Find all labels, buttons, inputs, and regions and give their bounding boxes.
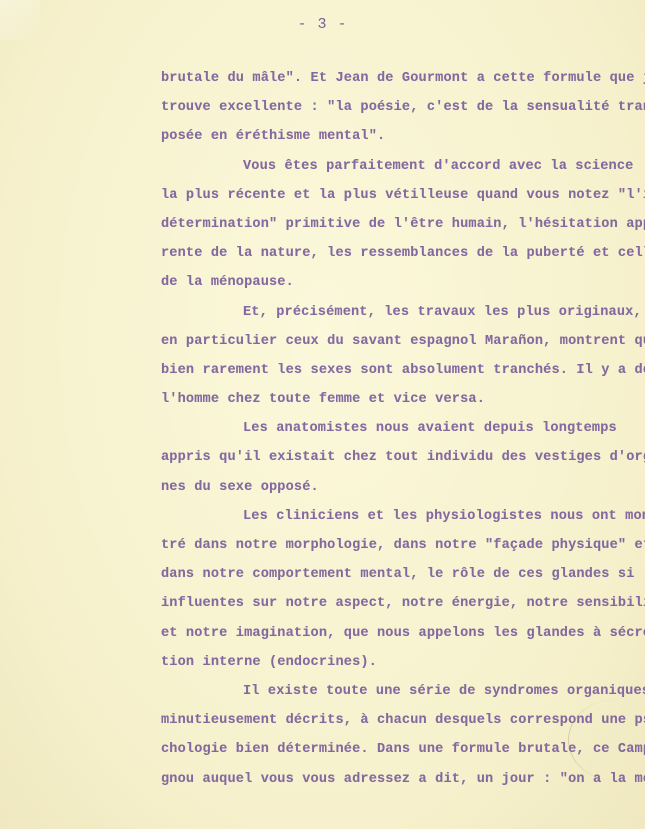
- text-line: appris qu'il existait chez tout individu…: [161, 443, 641, 472]
- text-line: brutale du mâle". Et Jean de Gourmont a …: [161, 64, 641, 93]
- paragraph-start-line: Les cliniciens et les physiologistes nou…: [161, 502, 641, 531]
- paragraph-start-line: Vous êtes parfaitement d'accord avec la …: [161, 152, 641, 181]
- text-line: et notre imagination, que nous appelons …: [161, 619, 641, 648]
- page-number: - 3 -: [0, 16, 645, 33]
- text-line: rente de la nature, les ressemblances de…: [161, 239, 641, 268]
- paragraph-start-line: Il existe toute une série de syndromes o…: [161, 677, 641, 706]
- text-line: tion interne (endocrines).: [161, 648, 641, 677]
- text-line: dans notre comportement mental, le rôle …: [161, 560, 641, 589]
- text-line: de la ménopause.: [161, 268, 641, 297]
- paragraph-start-line: Et, précisément, les travaux les plus or…: [161, 298, 641, 327]
- text-line: la plus récente et la plus vétilleuse qu…: [161, 181, 641, 210]
- text-line: gnou auquel vous vous adressez a dit, un…: [161, 765, 641, 794]
- text-line: en particulier ceux du savant espagnol M…: [161, 327, 641, 356]
- text-line: tré dans notre morphologie, dans notre "…: [161, 531, 641, 560]
- paragraph-start-line: Les anatomistes nous avaient depuis long…: [161, 414, 641, 443]
- text-line: l'homme chez toute femme et vice versa.: [161, 385, 641, 414]
- text-line: détermination" primitive de l'être humai…: [161, 210, 641, 239]
- text-line: trouve excellente : "la poésie, c'est de…: [161, 93, 641, 122]
- text-line: posée en éréthisme mental".: [161, 122, 641, 151]
- letter-body: brutale du mâle". Et Jean de Gourmont a …: [161, 64, 641, 794]
- typewritten-page: - 3 - brutale du mâle". Et Jean de Gourm…: [0, 0, 645, 829]
- text-line: nes du sexe opposé.: [161, 473, 641, 502]
- text-line: influentes sur notre aspect, notre énerg…: [161, 589, 641, 618]
- text-line: bien rarement les sexes sont absolument …: [161, 356, 641, 385]
